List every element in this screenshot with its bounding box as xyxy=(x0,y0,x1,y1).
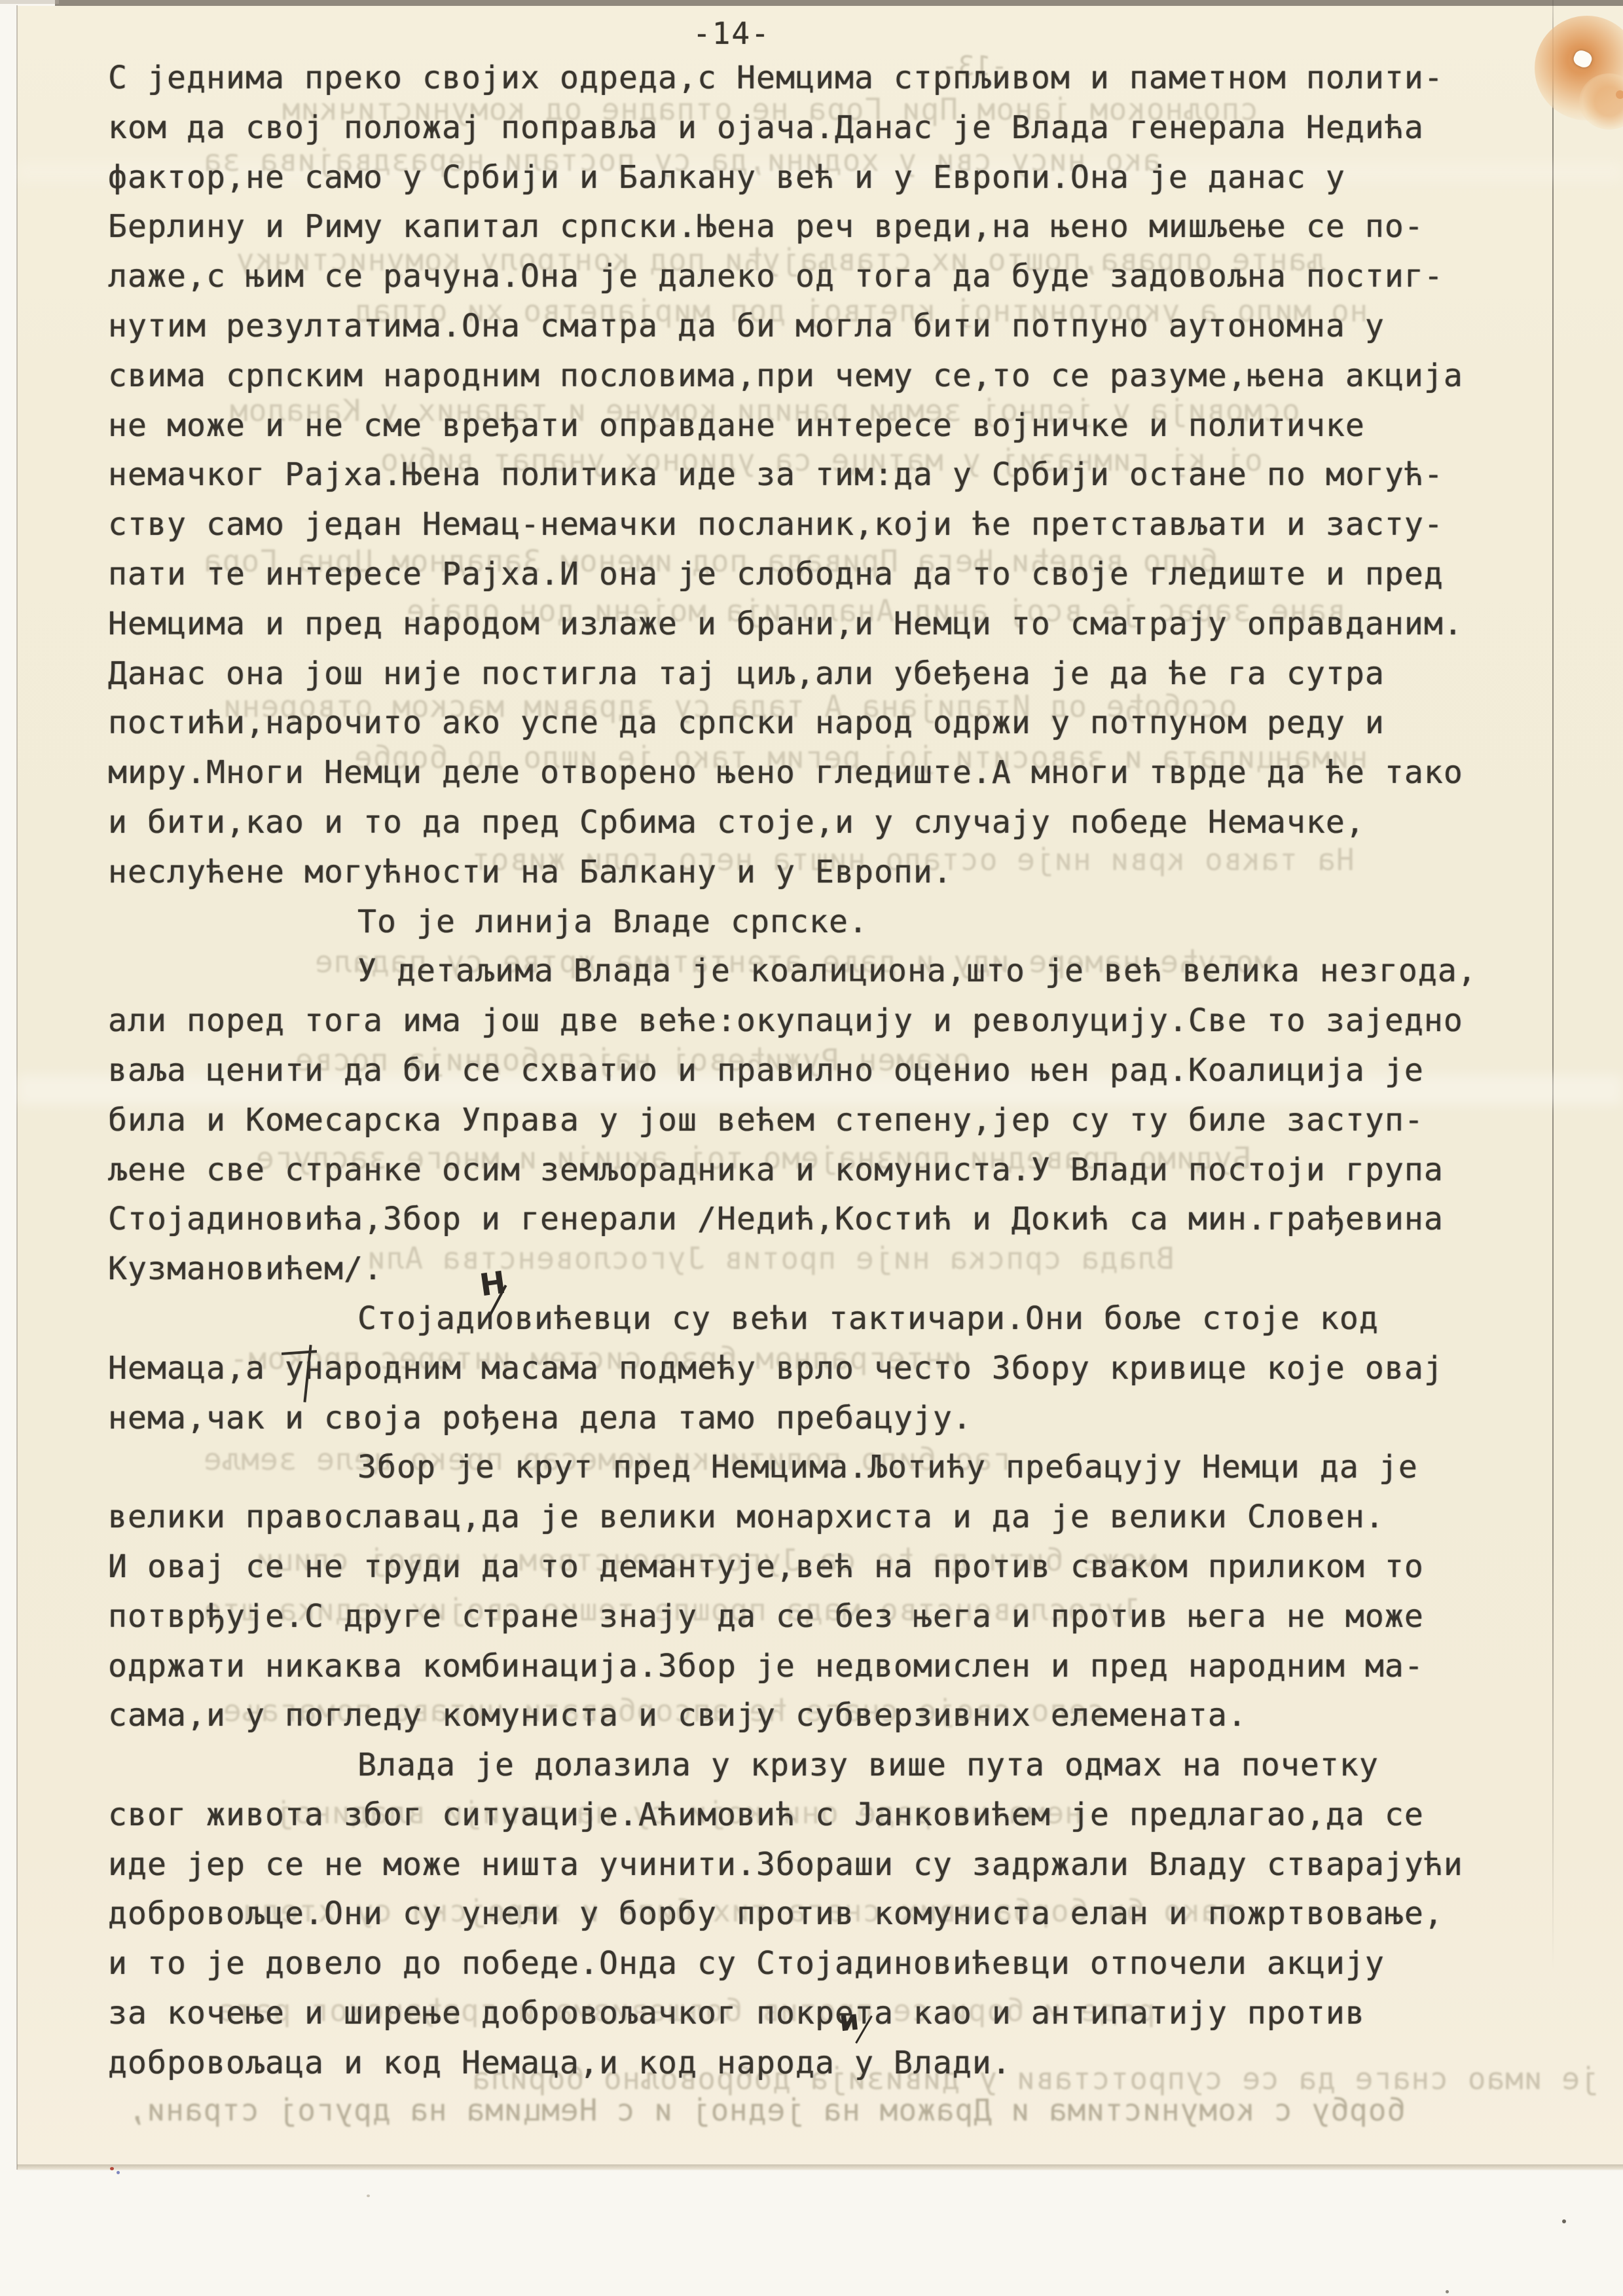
typed-line: велики православац,да је велики монархис… xyxy=(108,1493,1529,1542)
typed-line: иде јер се не може ништа учинити.Збораши… xyxy=(108,1840,1529,1890)
typed-line: за кочење и ширење добровољачког покрета… xyxy=(108,1989,1529,2039)
typed-line: Немаца,а ународним масама подмећу врло ч… xyxy=(108,1344,1529,1394)
typed-line: ком да свој положај поправља и ојача.Дан… xyxy=(108,103,1529,153)
dust-speck xyxy=(367,2195,370,2197)
typed-line: немачког Рајха.Њена политика иде за тим:… xyxy=(108,450,1529,500)
typed-line: постићи,нарочито ако успе да српски наро… xyxy=(108,699,1529,748)
typed-line: и бити,као и то да пред Србима стоје,и у… xyxy=(108,798,1529,848)
page-number: -14- xyxy=(693,16,771,51)
typed-line: сама,и у погледу комуниста и свију субве… xyxy=(108,1691,1529,1741)
typed-line: љене све странке осим земљорадника и ком… xyxy=(108,1146,1529,1195)
typed-line: Данас она још није постигла тај циљ,али … xyxy=(108,649,1529,699)
dust-speck xyxy=(117,2171,120,2174)
scanned-page: { "page": { "number_label": "-14-", "mir… xyxy=(0,0,1623,2296)
rust-stain-speck xyxy=(1616,90,1623,99)
handwritten-insertion-letter: и xyxy=(837,2004,860,2039)
typed-line: Берлину и Риму капитал српски.Њена реч в… xyxy=(108,202,1529,252)
paper-bottom-edge-shadow xyxy=(17,2164,1623,2171)
typed-line: пати те интересе Рајха.И она је слободна… xyxy=(108,550,1529,600)
typed-line: То је линија Владе српске. xyxy=(108,898,1529,947)
typed-line: У детаљима Влада је коалициона,што је ве… xyxy=(108,947,1529,996)
typed-line: одржати никаква комбинација.Збор је недв… xyxy=(108,1642,1529,1692)
dust-speck xyxy=(1446,2290,1449,2293)
vertical-crease-line xyxy=(1552,0,1554,1971)
typed-line: Стојадиновића,Збор и генерали /Недић,Кос… xyxy=(108,1195,1529,1245)
typed-line: Стојадиовићевци су већи тактичари.Они бо… xyxy=(108,1294,1529,1344)
typed-line: Збор је крут пред Немцима.Љотићу пребацу… xyxy=(108,1443,1529,1493)
typed-line: не може и не сме вређати оправдане интер… xyxy=(108,401,1529,451)
typed-line: била и Комесарска Управа у још већем сте… xyxy=(108,1096,1529,1146)
typed-line: фактор,не само у Србији и Балкану већ и … xyxy=(108,153,1529,203)
typed-line: потврђује.С друге стране знају да се без… xyxy=(108,1592,1529,1642)
handwritten-insertion-letter: Н xyxy=(477,1265,508,1304)
typed-line: Влада је долазила у кризу више пута одма… xyxy=(108,1741,1529,1791)
typed-text-block: С једнима преко својих одреда,с Немцима … xyxy=(108,54,1529,2088)
typed-line: свима српским народним пословима,при чем… xyxy=(108,352,1529,401)
typed-line: Кузмановићем/. xyxy=(108,1245,1529,1294)
typed-line: С једнима преко својих одреда,с Немцима … xyxy=(108,54,1529,103)
typed-line: И овај се не труди да то демантује,већ н… xyxy=(108,1542,1529,1592)
typed-line: и то је довело до победе.Онда су Стојади… xyxy=(108,1939,1529,1989)
typed-line: Немцима и пред народом излаже и брани,и … xyxy=(108,600,1529,649)
typed-line: добровољаца и код Немаца,и код народа у … xyxy=(108,2039,1529,2088)
typed-line: неслућене могућности на Балкану и у Евро… xyxy=(108,848,1529,898)
typed-line: свог живота због ситуације.Аћимовић с Ја… xyxy=(108,1791,1529,1840)
paper-top-edge-shadow xyxy=(55,0,1623,6)
typed-line: ваља ценити да би се схватио и правилно … xyxy=(108,1046,1529,1096)
bleedthrough-line: борбу с комунистима и Дражом на једној и… xyxy=(128,2092,1405,2128)
dust-speck xyxy=(110,2167,114,2170)
typed-line: лаже,с њим се рачуна.Она је далеко од то… xyxy=(108,252,1529,302)
dust-speck xyxy=(1562,2219,1566,2223)
typed-line: миру.Многи Немци деле отворено њено глед… xyxy=(108,748,1529,798)
typed-line: добровољце.Они су унели у борбу против к… xyxy=(108,1889,1529,1939)
typed-line: али поред тога има још две веће:окупациј… xyxy=(108,996,1529,1046)
typed-line: нутим резултатима.Она сматра да би могла… xyxy=(108,302,1529,352)
typed-line: ству само један Немац-немачки посланик,к… xyxy=(108,500,1529,550)
scanner-top-edge xyxy=(0,0,59,4)
typed-line: нема,чак и своја рођена дела тамо пребац… xyxy=(108,1394,1529,1444)
